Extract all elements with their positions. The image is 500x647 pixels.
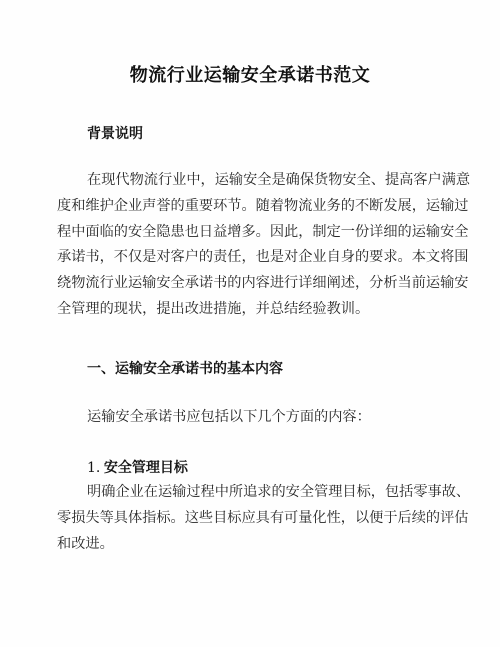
- paragraph-line: 度和维护企业声誉的重要环节。随着物流业务的不断发展，运输过: [57, 194, 445, 220]
- paragraph-line: 和改进。: [57, 532, 445, 558]
- paragraph-line: 零损失等具体指标。这些目标应具有可量化性，以便于后续的评估: [57, 506, 445, 532]
- item-1-paragraph: 明确企业在运输过程中所追求的安全管理目标，包括零事故、 零损失等具体指标。这些目…: [57, 480, 445, 557]
- item-number: 1.: [87, 460, 100, 476]
- paragraph-line: 明确企业在运输过程中所追求的安全管理目标，包括零事故、: [57, 480, 445, 506]
- paragraph-line: 全管理的现状，提出改进措施，并总结经验教训。: [57, 297, 445, 323]
- section-one-intro: 运输安全承诺书应包括以下几个方面的内容：: [87, 406, 371, 426]
- section-one-heading: 一、运输安全承诺书的基本内容: [87, 358, 283, 378]
- paragraph-line: 在现代物流行业中，运输安全是确保货物安全、提高客户满意: [57, 168, 445, 194]
- document-title: 物流行业运输安全承诺书范文: [0, 61, 500, 87]
- background-heading: 背景说明: [87, 123, 143, 143]
- paragraph-line: 程中面临的安全隐患也日益增多。因此，制定一份详细的运输安全: [57, 220, 445, 246]
- item-title: 安全管理目标: [104, 460, 188, 476]
- document-page: 物流行业运输安全承诺书范文 背景说明 在现代物流行业中，运输安全是确保货物安全、…: [0, 0, 500, 647]
- paragraph-line: 承诺书，不仅是对客户的责任，也是对企业自身的要求。本文将围: [57, 245, 445, 271]
- item-1-heading: 1. 安全管理目标: [87, 457, 188, 477]
- paragraph-line: 绕物流行业运输安全承诺书的内容进行详细阐述，分析当前运输安: [57, 271, 445, 297]
- background-paragraph: 在现代物流行业中，运输安全是确保货物安全、提高客户满意 度和维护企业声誉的重要环…: [57, 168, 445, 323]
